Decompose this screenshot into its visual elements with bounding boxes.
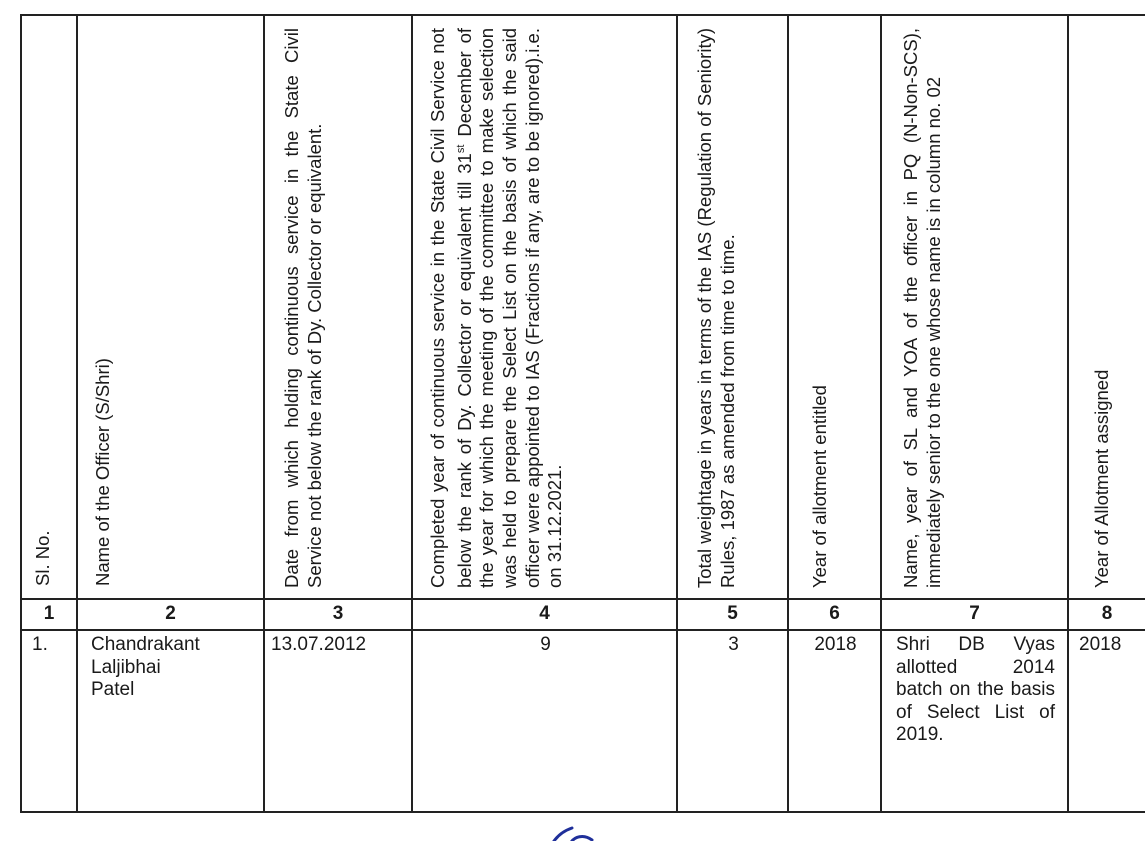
table-bottom-border <box>20 811 1145 813</box>
column-number: 5 <box>676 598 787 629</box>
column-number: 2 <box>76 598 263 629</box>
header-sl-no: Sl. No. <box>20 14 76 598</box>
header-text: Name of the Officer (S/Shri) <box>92 26 115 586</box>
cell-officer-name: Chandrakant Laljibhai Patel <box>76 629 263 811</box>
column-number: 4 <box>411 598 676 629</box>
header-text: Date from which holding continuous servi… <box>281 28 326 588</box>
name-line: Chandrakant <box>91 634 257 657</box>
cell-sl-no: 1. <box>20 629 76 811</box>
header-text: Sl. No. <box>32 26 55 586</box>
column-number: 3 <box>263 598 411 629</box>
cell-total-weightage: 3 <box>676 629 787 811</box>
header-officer-name: Name of the Officer (S/Shri) <box>76 14 263 598</box>
name-line: Laljibhai <box>91 657 257 680</box>
header-date-continuous-service: Date from which holding continuous servi… <box>263 14 411 598</box>
cell-senior-officer: Shri DB Vyas allotted 2014 batch on the … <box>880 629 1067 811</box>
superscript: st <box>455 145 467 154</box>
name-line: Patel <box>91 679 257 702</box>
header-total-weightage: Total weightage in years in terms of the… <box>676 14 787 598</box>
header-text: Year of Allotment assigned <box>1091 28 1114 588</box>
cell-date-from: 13.07.2012 <box>263 629 411 811</box>
header-year-assigned: Year of Allotment assigned <box>1067 14 1145 598</box>
header-text: Total weightage in years in terms of the… <box>694 28 739 588</box>
column-number: 6 <box>787 598 880 629</box>
header-senior-officer: Name, year of SL and YOA of the officer … <box>880 14 1067 598</box>
header-text: Name, year of SL and YOA of the officer … <box>900 28 945 588</box>
cell-year-assigned: 2018 <box>1067 629 1145 811</box>
signature-mark-icon <box>548 826 608 841</box>
column-number: 1 <box>20 598 76 629</box>
cell-completed-years: 9 <box>411 629 676 811</box>
column-number: 8 <box>1067 598 1145 629</box>
header-year-entitled: Year of allotment entitled <box>787 14 880 598</box>
header-text: Completed year of continuous service in … <box>427 28 567 588</box>
cell-year-entitled: 2018 <box>787 629 880 811</box>
header-text: Year of allotment entitled <box>809 28 832 588</box>
header-completed-years: Completed year of continuous service in … <box>411 14 676 598</box>
column-number: 7 <box>880 598 1067 629</box>
